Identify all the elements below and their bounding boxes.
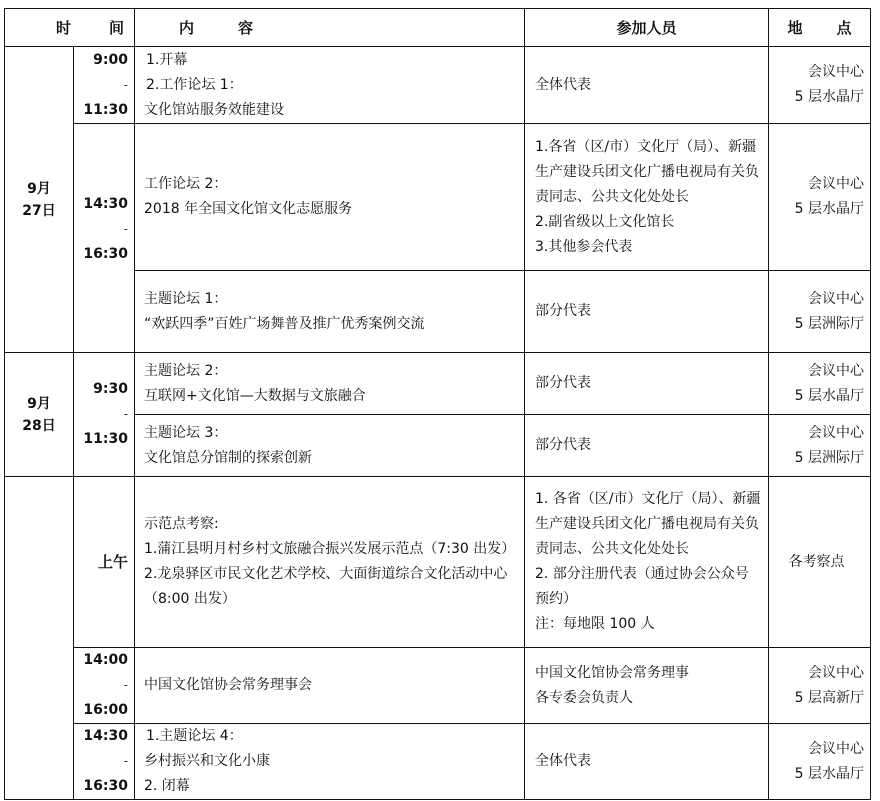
location-cell: 会议中心 5 层水晶厅 bbox=[769, 724, 871, 800]
time-end: 16:30 bbox=[74, 242, 128, 267]
content-cell: 1.开幕 2.工作论坛 1： 文化馆站服务效能建设 bbox=[135, 47, 525, 124]
content-line: 1.蒲江县明月村乡村文旅融合振兴发展示范点（7:30 出发） bbox=[144, 537, 518, 562]
schedule-table: 时间 内容 参加人员 地点 9月 27日 9:00 - 11:30 1.开幕 2… bbox=[4, 8, 871, 800]
time-end: 11:30 bbox=[74, 98, 128, 123]
people-line: 各专委会负责人 bbox=[535, 686, 768, 711]
location-hall: 5 层洲际厅 bbox=[769, 446, 864, 471]
table-row: 上午 示范点考察: 1.蒲江县明月村乡村文旅融合振兴发展示范点（7:30 出发）… bbox=[5, 477, 871, 648]
date-day: 28日 bbox=[5, 415, 73, 437]
date-day: 27日 bbox=[5, 200, 73, 222]
people-line: 2.副省级以上文化馆长 bbox=[535, 210, 762, 235]
content-line: 中国文化馆协会常务理事会 bbox=[144, 673, 524, 698]
people-cell: 部分代表 bbox=[525, 271, 769, 353]
people-line: 全体代表 bbox=[535, 73, 768, 98]
header-time-char-2: 间 bbox=[109, 17, 124, 38]
time-sep: - bbox=[74, 402, 128, 427]
time-end: 16:00 bbox=[74, 698, 128, 723]
content-cell: 主题论坛 3： 文化馆总分馆制的探索创新 bbox=[135, 415, 525, 477]
header-time-char-1: 时 bbox=[56, 17, 71, 38]
content-line: 主题论坛 2： bbox=[144, 359, 524, 384]
content-line: 主题论坛 3： bbox=[144, 421, 524, 446]
time-cell: 14:00 - 16:00 bbox=[74, 648, 135, 724]
location-venue: 会议中心 bbox=[769, 421, 864, 446]
header-location-char-1: 地 bbox=[787, 17, 802, 38]
date-cell: 9月 27日 bbox=[5, 47, 74, 353]
content-cell: 示范点考察: 1.蒲江县明月村乡村文旅融合振兴发展示范点（7:30 出发） 2.… bbox=[135, 477, 525, 648]
location-venue: 会议中心 bbox=[769, 359, 864, 384]
table-row: 9月 27日 9:00 - 11:30 1.开幕 2.工作论坛 1： 文化馆站服… bbox=[5, 47, 871, 124]
time-cell: 9:30 - 11:30 bbox=[74, 353, 135, 477]
people-line: 1. 各省（区/市）文化厅（局）、新疆生产建设兵团文化广播电视局有关负责同志、公… bbox=[535, 487, 762, 562]
time-cell: 14:30 - 16:30 bbox=[74, 124, 135, 353]
date-cell bbox=[5, 477, 74, 800]
location-venue: 会议中心 bbox=[769, 60, 864, 85]
location-cell: 会议中心 5 层高新厅 bbox=[769, 648, 871, 724]
location-venue: 会议中心 bbox=[769, 287, 864, 312]
location-cell: 会议中心 5 层水晶厅 bbox=[769, 353, 871, 415]
time-start: 14:30 bbox=[74, 192, 128, 217]
location-venue: 各考察点 bbox=[769, 550, 864, 575]
people-line: 注：每地限 100 人 bbox=[535, 612, 762, 637]
people-line: 部分代表 bbox=[535, 371, 768, 396]
time-sep: - bbox=[74, 749, 128, 774]
time-start: 14:30 bbox=[74, 724, 128, 749]
time-cell: 上午 bbox=[74, 477, 135, 648]
content-line: 主题论坛 1： bbox=[144, 287, 524, 312]
table-row: 主题论坛 1： “欢跃四季”百姓广场舞普及推广优秀案例交流 部分代表 会议中心 … bbox=[5, 271, 871, 353]
people-cell: 全体代表 bbox=[525, 47, 769, 124]
people-line: 1.各省（区/市）文化厅（局）、新疆生产建设兵团文化广播电视局有关负责同志、公共… bbox=[535, 135, 762, 210]
header-location: 地点 bbox=[769, 9, 871, 47]
time-end: 16:30 bbox=[74, 774, 128, 799]
table-row: 14:00 - 16:00 中国文化馆协会常务理事会 中国文化馆协会常务理事 各… bbox=[5, 648, 871, 724]
date-month: 9月 bbox=[5, 178, 73, 200]
header-row: 时间 内容 参加人员 地点 bbox=[5, 9, 871, 47]
content-line: 乡村振兴和文化小康 bbox=[144, 749, 524, 774]
time-sep: - bbox=[74, 673, 128, 698]
time-start: 9:30 bbox=[74, 377, 128, 402]
people-line: 部分代表 bbox=[535, 433, 768, 458]
people-line: 中国文化馆协会常务理事 bbox=[535, 661, 768, 686]
content-cell: 工作论坛 2： 2018 年全国文化馆文化志愿服务 bbox=[135, 124, 525, 271]
content-line: 2.工作论坛 1： bbox=[144, 73, 524, 98]
location-hall: 5 层水晶厅 bbox=[769, 197, 864, 222]
location-venue: 会议中心 bbox=[769, 661, 864, 686]
time-label: 上午 bbox=[74, 550, 128, 575]
people-line: 3.其他参会代表 bbox=[535, 235, 762, 260]
time-cell: 14:30 - 16:30 bbox=[74, 724, 135, 800]
time-sep: - bbox=[74, 217, 128, 242]
content-cell: 主题论坛 2： 互联网+文化馆—大数据与文旅融合 bbox=[135, 353, 525, 415]
content-line: 互联网+文化馆—大数据与文旅融合 bbox=[144, 384, 524, 409]
header-content: 内容 bbox=[135, 9, 525, 47]
header-people: 参加人员 bbox=[525, 9, 769, 47]
location-cell: 会议中心 5 层洲际厅 bbox=[769, 415, 871, 477]
location-venue: 会议中心 bbox=[769, 737, 864, 762]
location-cell: 会议中心 5 层水晶厅 bbox=[769, 47, 871, 124]
content-line: 1.主题论坛 4： bbox=[144, 724, 524, 749]
header-content-char-2: 容 bbox=[238, 17, 253, 38]
table-row: 14:30 - 16:30 1.主题论坛 4： 乡村振兴和文化小康 2. 闭幕 … bbox=[5, 724, 871, 800]
location-hall: 5 层高新厅 bbox=[769, 686, 864, 711]
people-cell: 部分代表 bbox=[525, 353, 769, 415]
content-line: 文化馆总分馆制的探索创新 bbox=[144, 446, 524, 471]
table-row: 主题论坛 3： 文化馆总分馆制的探索创新 部分代表 会议中心 5 层洲际厅 bbox=[5, 415, 871, 477]
location-cell: 会议中心 5 层水晶厅 bbox=[769, 124, 871, 271]
time-sep: - bbox=[74, 73, 128, 98]
people-line: 部分代表 bbox=[535, 299, 768, 324]
content-line: “欢跃四季”百姓广场舞普及推广优秀案例交流 bbox=[144, 312, 524, 337]
people-line: 2. 部分注册代表（通过协会公众号预约） bbox=[535, 562, 762, 612]
date-cell: 9月 28日 bbox=[5, 353, 74, 477]
date-month: 9月 bbox=[5, 393, 73, 415]
content-line: 2018 年全国文化馆文化志愿服务 bbox=[144, 197, 524, 222]
location-cell: 会议中心 5 层洲际厅 bbox=[769, 271, 871, 353]
content-line: 1.开幕 bbox=[144, 48, 524, 73]
content-cell: 中国文化馆协会常务理事会 bbox=[135, 648, 525, 724]
location-hall: 5 层洲际厅 bbox=[769, 312, 864, 337]
time-start: 9:00 bbox=[74, 48, 128, 73]
time-end: 11:30 bbox=[74, 427, 128, 452]
content-line: 2.龙泉驿区市民文化艺术学校、大面街道综合文化活动中心（8:00 出发） bbox=[144, 562, 518, 612]
people-line: 全体代表 bbox=[535, 749, 768, 774]
content-line: 2. 闭幕 bbox=[144, 774, 524, 799]
location-hall: 5 层水晶厅 bbox=[769, 85, 864, 110]
time-start: 14:00 bbox=[74, 648, 128, 673]
location-hall: 5 层水晶厅 bbox=[769, 762, 864, 787]
people-cell: 全体代表 bbox=[525, 724, 769, 800]
location-hall: 5 层水晶厅 bbox=[769, 384, 864, 409]
location-cell: 各考察点 bbox=[769, 477, 871, 648]
header-location-char-2: 点 bbox=[837, 17, 852, 38]
people-cell: 1.各省（区/市）文化厅（局）、新疆生产建设兵团文化广播电视局有关负责同志、公共… bbox=[525, 124, 769, 271]
content-line: 文化馆站服务效能建设 bbox=[144, 98, 524, 123]
people-cell: 1. 各省（区/市）文化厅（局）、新疆生产建设兵团文化广播电视局有关负责同志、公… bbox=[525, 477, 769, 648]
table-row: 9月 28日 9:30 - 11:30 主题论坛 2： 互联网+文化馆—大数据与… bbox=[5, 353, 871, 415]
location-venue: 会议中心 bbox=[769, 172, 864, 197]
content-line: 工作论坛 2： bbox=[144, 172, 524, 197]
content-line: 示范点考察: bbox=[144, 512, 518, 537]
people-cell: 部分代表 bbox=[525, 415, 769, 477]
time-cell: 9:00 - 11:30 bbox=[74, 47, 135, 124]
content-cell: 1.主题论坛 4： 乡村振兴和文化小康 2. 闭幕 bbox=[135, 724, 525, 800]
header-time: 时间 bbox=[5, 9, 135, 47]
content-cell: 主题论坛 1： “欢跃四季”百姓广场舞普及推广优秀案例交流 bbox=[135, 271, 525, 353]
header-content-char-1: 内 bbox=[179, 17, 194, 38]
people-cell: 中国文化馆协会常务理事 各专委会负责人 bbox=[525, 648, 769, 724]
table-row: 14:30 - 16:30 工作论坛 2： 2018 年全国文化馆文化志愿服务 … bbox=[5, 124, 871, 271]
